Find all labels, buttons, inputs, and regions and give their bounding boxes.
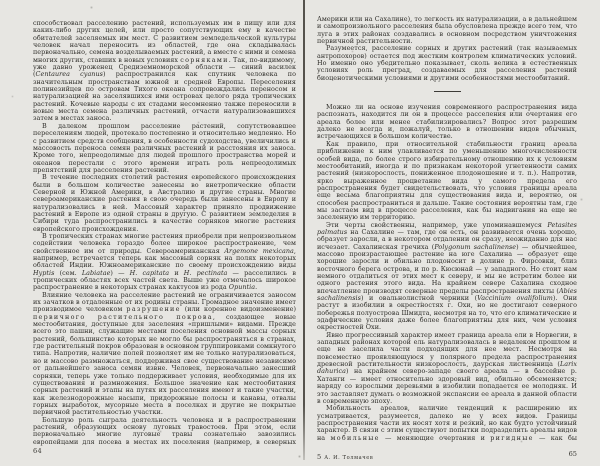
right-page-text-bottom: Можно ли на основе изучения современного…	[317, 104, 577, 442]
right-page-text-top: Америки или на Сахалине), то легкость их…	[317, 16, 577, 82]
paragraph: способствовал расселению растений, испол…	[33, 20, 296, 123]
right-page-text: Америки или на Сахалине), то легкость их…	[317, 16, 577, 442]
paragraph: Эти черты свойственны, например, уже упо…	[317, 222, 577, 332]
right-page-number: 65	[569, 450, 577, 458]
paragraph: В далеком прошлом расселение растений, с…	[33, 123, 296, 174]
left-page-number: 64	[33, 447, 42, 455]
paragraph: Разумеется, расселение сорных и других р…	[317, 45, 577, 82]
book-spread: способствовал расселению растений, испол…	[0, 0, 600, 466]
right-page-number-area: 65	[317, 441, 577, 460]
paragraph: Явно прогрессивный характер имеет границ…	[317, 332, 577, 405]
paragraph: Можно ли на основе изучения современного…	[317, 104, 577, 141]
section-divider	[434, 91, 461, 92]
paragraph: В течение последних столетий растения ев…	[33, 174, 296, 233]
paragraph: Влияние человека на расселение растений …	[33, 292, 296, 417]
page-gutter-line	[303, 0, 305, 460]
paragraph: Мобильность ареалов, наличие тенденций к…	[317, 405, 577, 442]
paragraph: Большую роль сыграла деятельность челове…	[33, 417, 296, 446]
paragraph: В тропических странах многие растения пр…	[33, 233, 296, 292]
paragraph: Как правило, при относительной стабильно…	[317, 141, 577, 222]
scan-speckles	[0, 0, 1, 1]
paragraph: Америки или на Сахалине), то легкость их…	[317, 16, 577, 45]
left-page-text: способствовал расселению растений, испол…	[33, 20, 296, 446]
